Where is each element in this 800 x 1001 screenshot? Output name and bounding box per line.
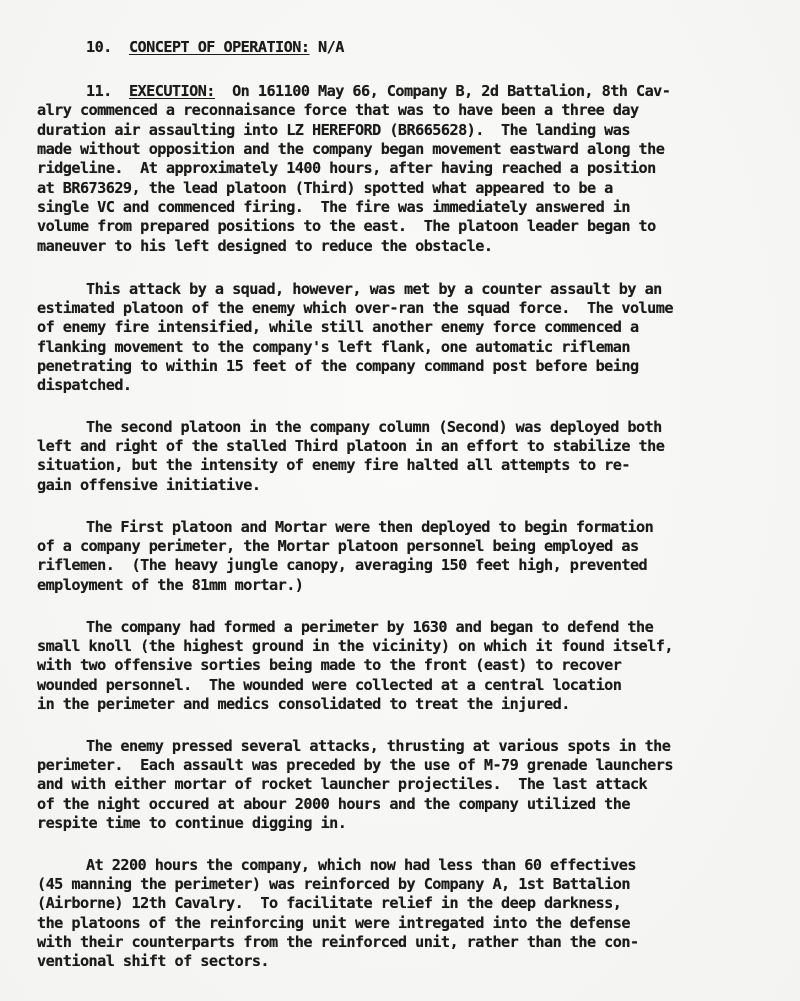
paragraph-line: estimated platoon of the enemy which ove…: [37, 299, 673, 318]
paragraph-line: The First platoon and Mortar were then d…: [86, 518, 653, 537]
paragraph-line: gain offensive initiative.: [37, 476, 260, 495]
paragraph-line: with their counterparts from the reinfor…: [37, 933, 639, 952]
paragraph-line: perimeter. Each assault was preceded by …: [37, 756, 673, 775]
paragraph-line: of enemy fire intensified, while still a…: [37, 318, 639, 337]
paragraph-line: in the perimeter and medics consolidated…: [37, 695, 570, 714]
paragraph-line: dispatched.: [37, 376, 132, 395]
paragraph-line: small knoll (the highest ground in the v…: [37, 637, 673, 656]
paragraph-line: (45 manning the perimeter) was reinforce…: [37, 875, 630, 894]
paragraph-line: situation, but the intensity of enemy fi…: [37, 456, 630, 475]
paragraph-line: wounded personnel. The wounded were coll…: [37, 676, 621, 695]
paragraph-line: of a company perimeter, the Mortar plato…: [37, 537, 639, 556]
section-11-line-3: made without opposition and the company …: [37, 140, 664, 159]
paragraph-line: At 2200 hours the company, which now had…: [86, 856, 636, 875]
section-11-line-8: maneuver to his left designed to reduce …: [37, 237, 492, 256]
section-11-heading: EXECUTION:: [129, 82, 215, 100]
section-10-number: 10.: [86, 38, 112, 56]
scanned-document-page: 10. CONCEPT OF OPERATION: N/A 11. EXECUT…: [0, 0, 800, 1001]
paragraph-line: This attack by a squad, however, was met…: [86, 280, 662, 299]
paragraph-line: riflemen. (The heavy jungle canopy, aver…: [37, 556, 647, 575]
paragraph-line: the platoons of the reinforcing unit wer…: [37, 914, 630, 933]
paragraph-line: The second platoon in the company column…: [86, 418, 662, 437]
section-11-number: 11.: [86, 82, 112, 100]
paragraph-line: employment of the 81mm mortar.): [37, 576, 303, 595]
paragraph-line: (Airborne) 12th Cavalry. To facilitate r…: [37, 894, 621, 913]
section-11-line-5: at BR673629, the lead platoon (Third) sp…: [37, 179, 613, 198]
section-10-heading: CONCEPT OF OPERATION:: [129, 38, 309, 56]
paragraph-line: The company had formed a perimeter by 16…: [86, 618, 653, 637]
section-11-line-1: alry commenced a reconnaisance force tha…: [37, 101, 639, 120]
paragraph-line: respite time to continue digging in.: [37, 814, 346, 833]
paragraph-line: with two offensive sorties being made to…: [37, 656, 621, 675]
paragraph-line: of the night occured at abour 2000 hours…: [37, 795, 630, 814]
section-11-first-line: 11. EXECUTION: On 161100 May 66, Company…: [86, 82, 670, 101]
section-11-line-6: single VC and commenced firing. The fire…: [37, 198, 630, 217]
section-11-line-0: On 161100 May 66, Company B, 2d Battalio…: [232, 82, 670, 100]
section-10-value: N/A: [318, 38, 344, 56]
paragraph-line: flanking movement to the company's left …: [37, 338, 630, 357]
paragraph-line: penetrating to within 15 feet of the com…: [37, 357, 639, 376]
section-10-line: 10. CONCEPT OF OPERATION: N/A: [86, 38, 344, 57]
paragraph-line: left and right of the stalled Third plat…: [37, 437, 664, 456]
section-11-line-2: duration air assaulting into LZ HEREFORD…: [37, 121, 630, 140]
paragraph-line: The enemy pressed several attacks, thrus…: [86, 737, 670, 756]
paragraph-line: and with either mortar of rocket launche…: [37, 775, 647, 794]
section-11-line-4: ridgeline. At approximately 1400 hours, …: [37, 159, 656, 178]
paragraph-line: ventional shift of sectors.: [37, 952, 269, 971]
section-11-line-7: volume from prepared positions to the ea…: [37, 217, 656, 236]
